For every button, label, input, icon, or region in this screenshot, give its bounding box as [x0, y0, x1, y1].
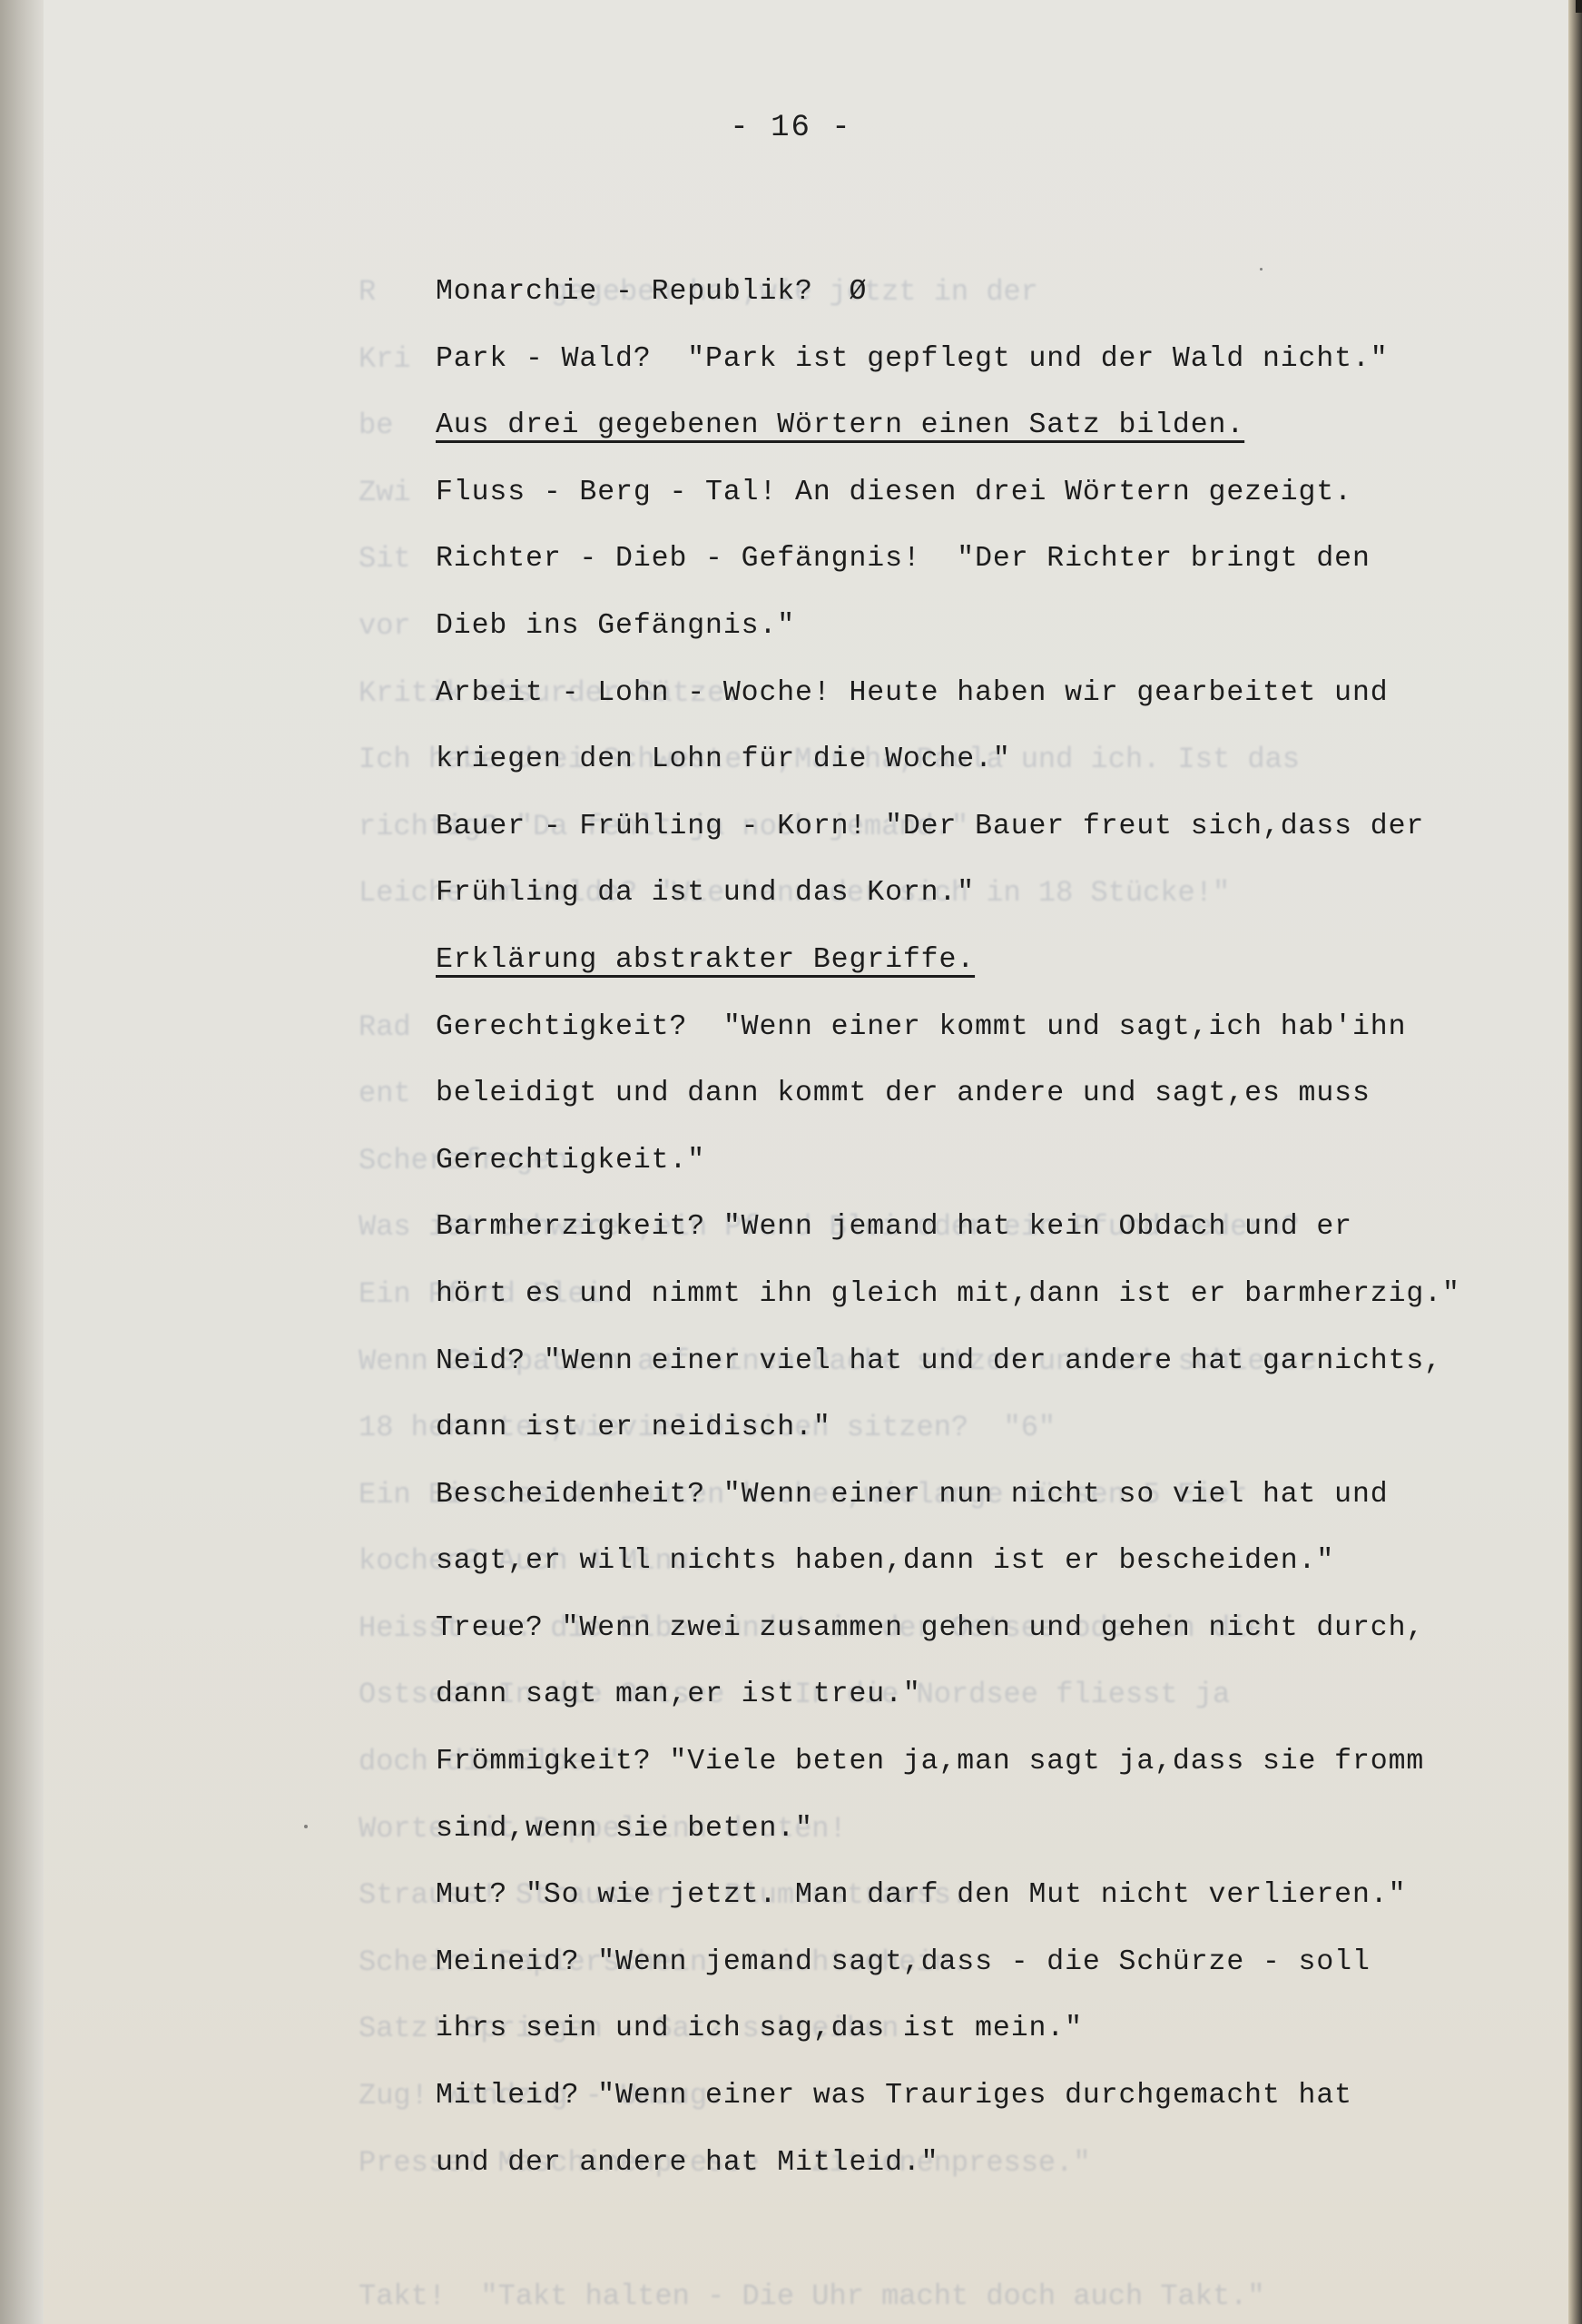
- page-edge: [1568, 0, 1582, 2324]
- text-line: Dieb ins Gefängnis.": [436, 593, 1460, 660]
- text-line: Meineid? "Wenn jemand sagt,dass - die Sc…: [436, 1929, 1460, 1996]
- line-text: Meineid? "Wenn jemand sagt,dass - die Sc…: [436, 1946, 1371, 1978]
- line-text: Frühling da ist und das Korn.": [436, 877, 975, 909]
- line-text: und der andere hat Mitleid.": [436, 2147, 939, 2179]
- text-line: Park - Wald? "Park ist gepflegt und der …: [436, 326, 1460, 393]
- text-line: Treue? "Wenn zwei zusammen gehen und geh…: [436, 1595, 1460, 1662]
- line-text: Arbeit - Lohn - Woche! Heute haben wir g…: [436, 677, 1389, 709]
- text-line: Fluss - Berg - Tal! An diesen drei Wörte…: [436, 459, 1460, 527]
- text-line: Mitleid? "Wenn einer was Trauriges durch…: [436, 2063, 1460, 2130]
- text-line: Gerechtigkeit.": [436, 1128, 1460, 1195]
- line-text: Frömmigkeit? "Viele beten ja,man sagt ja…: [436, 1746, 1424, 1777]
- line-text: ihrs sein und ich sag,das ist mein.": [436, 2013, 1083, 2044]
- text-line: dann ist er neidisch.": [436, 1394, 1460, 1462]
- bleed-line: [359, 2196, 1317, 2263]
- text-line: und der andere hat Mitleid.": [436, 2130, 1460, 2197]
- text-line: Mut? "So wie jetzt. Man darf den Mut nic…: [436, 1862, 1460, 1929]
- text-line: beleidigt und dann kommt der andere und …: [436, 1060, 1460, 1128]
- line-text: Mitleid? "Wenn einer was Trauriges durch…: [436, 2080, 1352, 2112]
- text-line: Monarchie - Republik? Ø: [436, 259, 1460, 326]
- line-text: Richter - Dieb - Gefängnis! "Der Richter…: [436, 543, 1371, 575]
- line-text: Dieb ins Gefängnis.": [436, 610, 795, 642]
- text-line: Richter - Dieb - Gefängnis! "Der Richter…: [436, 526, 1460, 593]
- line-text: sind,wenn sie beten.": [436, 1813, 813, 1845]
- text-line: hört es und nimmt ihn gleich mit,dann is…: [436, 1261, 1460, 1328]
- text-line: Arbeit - Lohn - Woche! Heute haben wir g…: [436, 660, 1460, 727]
- line-text: kriegen den Lohn für die Woche.": [436, 743, 1011, 775]
- line-text: Gerechtigkeit? "Wenn einer kommt und sag…: [436, 1011, 1406, 1043]
- text-line: Bauer - Frühling - Korn! "Der Bauer freu…: [436, 793, 1460, 861]
- page-number: - 16 -: [0, 111, 1582, 145]
- line-text: Bauer - Frühling - Korn! "Der Bauer freu…: [436, 811, 1424, 842]
- line-text: hört es und nimmt ihn gleich mit,dann is…: [436, 1278, 1460, 1310]
- section-heading: Erklärung abstrakter Begriffe.: [436, 927, 1460, 994]
- text-line: Frühling da ist und das Korn.": [436, 860, 1460, 927]
- line-text: Mut? "So wie jetzt. Man darf den Mut nic…: [436, 1879, 1406, 1911]
- paper-speck: [1260, 268, 1263, 271]
- text-line: dann sagt man,er ist treu.": [436, 1661, 1460, 1728]
- section-heading: Aus drei gegebenen Wörtern einen Satz bi…: [436, 392, 1460, 459]
- line-text: Treue? "Wenn zwei zusammen gehen und geh…: [436, 1612, 1424, 1644]
- text-line: Bescheidenheit? "Wenn einer nun nicht so…: [436, 1462, 1460, 1529]
- line-text: Barmherzigkeit? "Wenn jemand hat kein Ob…: [436, 1211, 1352, 1243]
- text-line: sind,wenn sie beten.": [436, 1796, 1460, 1863]
- paper-speck: [304, 1825, 308, 1828]
- line-text: Neid? "Wenn einer viel hat und der ander…: [436, 1345, 1442, 1377]
- page-edge-corner: [1576, 0, 1582, 13]
- text-line: Barmherzigkeit? "Wenn jemand hat kein Ob…: [436, 1194, 1460, 1261]
- bleed-line: Takt! "Takt halten - Die Uhr macht doch …: [359, 2263, 1317, 2324]
- text-line: sagt,er will nichts haben,dann ist er be…: [436, 1528, 1460, 1595]
- line-text: Erklärung abstrakter Begriffe.: [436, 944, 975, 976]
- line-text: Monarchie - Republik? Ø: [436, 276, 867, 308]
- text-line: Neid? "Wenn einer viel hat und der ander…: [436, 1328, 1460, 1395]
- text-line: ihrs sein und ich sag,das ist mein.": [436, 1995, 1460, 2063]
- binding-shadow: [0, 0, 44, 2324]
- line-text: Park - Wald? "Park ist gepflegt und der …: [436, 343, 1389, 375]
- line-text: Fluss - Berg - Tal! An diesen drei Wörte…: [436, 477, 1352, 508]
- line-text: beleidigt und dann kommt der andere und …: [436, 1078, 1371, 1109]
- line-text: sagt,er will nichts haben,dann ist er be…: [436, 1545, 1334, 1577]
- line-text: Bescheidenheit? "Wenn einer nun nicht so…: [436, 1479, 1389, 1511]
- line-text: dann ist er neidisch.": [436, 1412, 831, 1443]
- typewritten-body: Monarchie - Republik? ØPark - Wald? "Par…: [436, 259, 1460, 2196]
- text-line: kriegen den Lohn für die Woche.": [436, 726, 1460, 793]
- line-text: Gerechtigkeit.": [436, 1145, 705, 1177]
- text-line: Gerechtigkeit? "Wenn einer kommt und sag…: [436, 994, 1460, 1061]
- line-text: Aus drei gegebenen Wörtern einen Satz bi…: [436, 409, 1244, 441]
- line-text: dann sagt man,er ist treu.": [436, 1679, 921, 1710]
- text-line: Frömmigkeit? "Viele beten ja,man sagt ja…: [436, 1728, 1460, 1796]
